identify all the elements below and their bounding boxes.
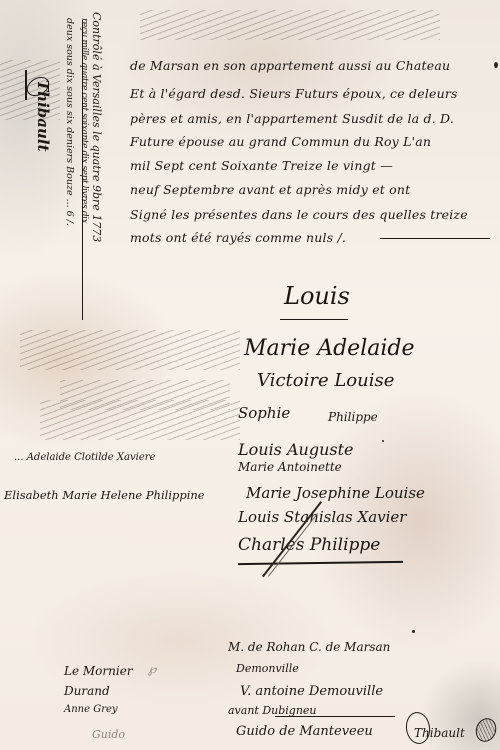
body-line-7: Signé les présentes dans le cours des qu… (130, 207, 468, 222)
body-line-8: mots ont été rayés comme nuls /. (130, 230, 346, 245)
signature-marie-antoinette: Marie Antoinette (238, 460, 342, 474)
signature-marie-josephine-louise: Marie Josephine Louise (246, 484, 425, 502)
signature-louis-auguste: Louis Auguste (238, 440, 354, 459)
signature-le-mornier-paraph: ℘ (148, 662, 156, 676)
signature-adelaide-clotilde-xaviere: ... Adelaide Clotilde Xaviere (14, 452, 155, 463)
bleed-through-texture (140, 10, 440, 40)
body-line-6: neuf Septembre avant et après midy et on… (130, 182, 410, 197)
body-line-3: pères et amis, en l'appartement Susdit d… (130, 111, 454, 126)
bleed-through-texture (20, 330, 240, 370)
line-end-flourish (380, 238, 490, 239)
signature-thibault: Thibault (414, 726, 465, 740)
ink-speck (412, 630, 415, 633)
notary-paraph-mark (472, 715, 499, 744)
signature-anne-grey: Anne Grey (64, 704, 118, 715)
signature-victoire-louise: Victoire Louise (257, 370, 394, 391)
signature-rohan-marsan: M. de Rohan C. de Marsan (228, 640, 390, 654)
signature-charles-underline (238, 561, 403, 565)
signature-demonville: Demonville (236, 662, 299, 675)
signature-marie-adelaide: Marie Adelaide (244, 336, 415, 361)
signature-sophie: Sophie (238, 404, 290, 422)
signature-antoine-demouville: V. antoine Demouville (240, 684, 383, 699)
signature-manteveeu: Guido de Manteveeu (236, 724, 373, 739)
signature-louis: Louis (284, 282, 350, 310)
margin-strike-line (82, 20, 83, 320)
body-line-5: mil Sept cent Soixante Treize le vingt — (130, 158, 393, 173)
margin-note-line-2: reçu mille quatre cent soixante dix sept… (79, 18, 89, 223)
signature-louis-stanislas-xavier: Louis Stanislas Xavier (238, 508, 406, 526)
body-line-1: de Marsan en son appartement aussi au Ch… (130, 58, 450, 73)
signature-durand: Durand (64, 684, 110, 698)
ink-speck (382, 440, 384, 442)
manuscript-page: Contrôlé à Versailles le quatre 9bre 177… (0, 0, 500, 750)
body-line-2: Et à l'égard desd. Sieurs Futurs époux, … (130, 86, 458, 101)
signature-le-mornier: Le Mornier (64, 664, 133, 678)
ink-speck (494, 62, 498, 68)
signature-dubigneu-underline (275, 716, 395, 717)
signature-guido: Guido (92, 728, 125, 741)
signature-louis-underline (280, 319, 348, 320)
body-line-4: Future épouse au grand Commun du Roy L'a… (130, 134, 431, 149)
margin-note-line-3: deux sous dix sous six deniers Bouze ...… (64, 18, 75, 226)
signature-philippe: Philippe (328, 410, 378, 424)
margin-note-line-1: Contrôlé à Versailles le quatre 9bre 177… (90, 12, 103, 242)
signature-charles-philippe: Charles Philippe (238, 535, 380, 555)
bleed-through-texture (40, 400, 240, 440)
signature-elisabeth-marie-helene-philippine: Elisabeth Marie Helene Philippine (4, 488, 205, 502)
